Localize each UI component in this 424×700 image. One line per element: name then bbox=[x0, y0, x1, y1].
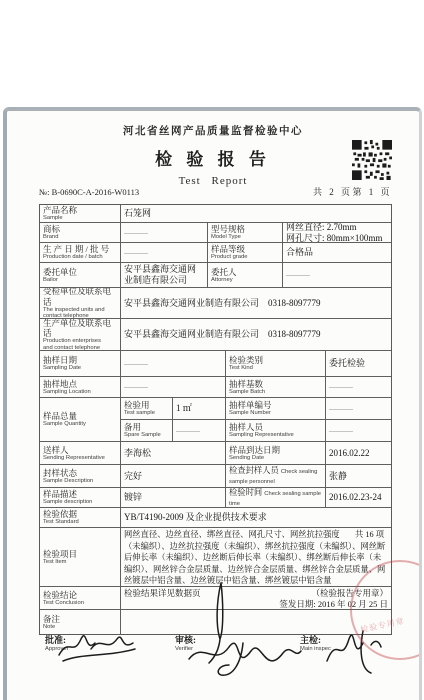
inspected-label-cell: 受检单位及联系电话 The inspected units and contac… bbox=[40, 288, 121, 318]
sample-number-label-cell: 抽样单编号 Sample Number bbox=[226, 398, 326, 419]
quantity-subrow-test: 检验用 Test sample 1 ㎡ 抽样单编号 Sample Number … bbox=[121, 398, 391, 420]
screenshot-root: 河北省丝网产品质量监督检验中心 检 验 报 告 Test Report №: B… bbox=[0, 0, 424, 700]
row-samplingdate-testkind: 抽样日期 Sampling Date ——— 检验类别 Test Kind 委托… bbox=[40, 351, 391, 377]
prod-date-label-cell: 生 产 日 期 / 批 号 Production date / batch bbox=[40, 243, 121, 262]
grade-label-cell: 样品等级 Product grade bbox=[208, 243, 283, 262]
row-sample: 产品名称 Sample 石笼网 bbox=[40, 205, 391, 223]
inspected-value: 安平县鑫海交通网业制造有限公司 0318-8097779 bbox=[121, 288, 391, 318]
attorney-value: ——— bbox=[283, 263, 391, 287]
prod-date-value: ——— bbox=[121, 243, 208, 262]
test-kind-value: 委托检验 bbox=[326, 351, 391, 376]
conclusion-label-cell: 检验结论 Test Conclusion bbox=[40, 587, 121, 609]
test-time-label-cell: 检验时间 Check sealing sample time bbox=[226, 488, 326, 507]
row-sampledesc-testtime: 样品描述 Sample description 镀锌 检验时间 Check se… bbox=[40, 488, 391, 508]
row-test-standard: 检验依据 Test Standard YB/T4190-2009 及企业提供技术… bbox=[40, 508, 391, 528]
brand-label-cell: 商标 Brand bbox=[40, 223, 121, 242]
sample-label-cell: 产品名称 Sample bbox=[40, 205, 121, 222]
report-no-line: №: B-0690C-A-2016-W0113 共 2 页第 1 页 bbox=[39, 185, 392, 198]
seal-status-label-cell: 封样状态 Sample Description bbox=[40, 465, 121, 487]
report-no: №: B-0690C-A-2016-W0113 bbox=[39, 187, 139, 197]
verifier-signature bbox=[185, 581, 305, 681]
sampling-loc-label-cell: 抽样地点 Sampling Location bbox=[40, 377, 121, 397]
quantity-label-cell: 样品总量 Sample Quantity bbox=[40, 398, 121, 441]
row-inspected-unit: 受检单位及联系电话 The inspected units and contac… bbox=[40, 288, 391, 319]
model-label-cell: 型号规格 Model Type bbox=[208, 223, 283, 242]
sampling-rep-value: ——— bbox=[326, 420, 391, 441]
test-sample-label-cell: 检验用 Test sample bbox=[121, 398, 173, 419]
approver-signature bbox=[55, 627, 140, 669]
test-time-value: 2016.02.23-24 bbox=[326, 488, 391, 507]
row-test-items: 检验项目 Test Item 共 16 项网丝直径、边丝直径、绑丝直径、网孔尺寸… bbox=[40, 528, 391, 587]
test-sample-value: 1 ㎡ bbox=[173, 398, 226, 419]
sample-batch-value: ——— bbox=[326, 377, 391, 397]
report-table: 产品名称 Sample 石笼网 商标 Brand ——— 型号规格 Model … bbox=[39, 204, 392, 635]
arrival-label-cell: 样品到达日期 Sending Date bbox=[226, 442, 326, 464]
sampling-date-label-cell: 抽样日期 Sampling Date bbox=[40, 351, 121, 376]
bailor-label-cell: 委托单位 Bailor bbox=[40, 263, 121, 287]
bailor-value: 安平县鑫海交通网业制造有限公司 bbox=[121, 263, 208, 287]
producer-label-cell: 生产单位及联系电话 Production enterprises and con… bbox=[40, 319, 121, 350]
sample-desc-label-cell: 样品描述 Sample description bbox=[40, 488, 121, 507]
row-sender-arrival: 送样人 Sending Representative 李海松 样品到达日期 Se… bbox=[40, 442, 391, 465]
seal-checker-label-cell: 检查封样人员 Check sealing sample personnel bbox=[226, 465, 326, 487]
arrival-value: 2016.02.22 bbox=[326, 442, 391, 464]
sampling-date-value: ——— bbox=[121, 351, 226, 376]
sample-batch-label-cell: 抽样基数 Sample Batch bbox=[226, 377, 326, 397]
row-production-unit: 生产单位及联系电话 Production enterprises and con… bbox=[40, 319, 391, 351]
quantity-subgrid: 检验用 Test sample 1 ㎡ 抽样单编号 Sample Number … bbox=[121, 398, 391, 441]
row-sealstatus-checker: 封样状态 Sample Description 完好 检查封样人员 Check … bbox=[40, 465, 391, 488]
seal-note: （检验报告专用章） bbox=[311, 588, 388, 599]
items-label-cell: 检验项目 Test Item bbox=[40, 528, 121, 586]
spare-sample-value: ——— bbox=[173, 420, 226, 441]
sampling-rep-label-cell: 抽样人员 Sampling Representative bbox=[226, 420, 326, 441]
sample-value: 石笼网 bbox=[121, 205, 391, 222]
sender-label-cell: 送样人 Sending Representative bbox=[40, 442, 121, 464]
seal-status-value: 完好 bbox=[121, 465, 226, 487]
sampling-loc-value: ——— bbox=[121, 377, 226, 397]
test-kind-label-cell: 检验类别 Test Kind bbox=[226, 351, 326, 376]
grade-value: 合格品 bbox=[283, 243, 391, 262]
producer-value: 安平县鑫海交通网业制造有限公司 0318-8097779 bbox=[121, 319, 391, 350]
row-bailor-attorney: 委托单位 Bailor 安平县鑫海交通网业制造有限公司 委托人 Attorney… bbox=[40, 263, 391, 288]
qr-code-icon bbox=[352, 140, 392, 180]
row-sample-quantity: 样品总量 Sample Quantity 检验用 Test sample 1 ㎡… bbox=[40, 398, 391, 442]
items-value: 共 16 项网丝直径、边丝直径、绑丝直径、网孔尺寸、网丝抗拉强度（未编织）、边丝… bbox=[121, 528, 391, 586]
pagination: 共 2 页第 1 页 bbox=[313, 185, 392, 198]
seal-checker-value: 张静 bbox=[326, 465, 391, 487]
sender-value: 李海松 bbox=[121, 442, 226, 464]
spare-sample-label-cell: 备用 Spare Sample bbox=[121, 420, 173, 441]
quantity-subrow-spare: 备用 Spare Sample ——— 抽样人员 Sampling Repres… bbox=[121, 420, 391, 441]
brand-value: ——— bbox=[121, 223, 208, 242]
attorney-label-cell: 委托人 Attorney bbox=[208, 263, 283, 287]
row-brand-model: 商标 Brand ——— 型号规格 Model Type 网丝直径: 2.70m… bbox=[40, 223, 391, 243]
org-name: 河北省丝网产品质量监督检验中心 bbox=[7, 123, 419, 138]
standard-value: YB/T4190-2009 及企业提供技术要求 bbox=[121, 508, 391, 527]
sample-number-value: ——— bbox=[326, 398, 391, 419]
row-samplingloc-batch: 抽样地点 Sampling Location ——— 抽样基数 Sample B… bbox=[40, 377, 391, 398]
model-value: 网丝直径: 2.70mm 网孔尺寸: 80mm×100mm bbox=[283, 223, 391, 242]
main-inspector-signature bbox=[317, 625, 387, 677]
row-proddate-grade: 生 产 日 期 / 批 号 Production date / batch ——… bbox=[40, 243, 391, 263]
report-page: 河北省丝网产品质量监督检验中心 检 验 报 告 Test Report №: B… bbox=[3, 107, 422, 700]
sample-desc-value: 镀锌 bbox=[121, 488, 226, 507]
standard-label-cell: 检验依据 Test Standard bbox=[40, 508, 121, 527]
